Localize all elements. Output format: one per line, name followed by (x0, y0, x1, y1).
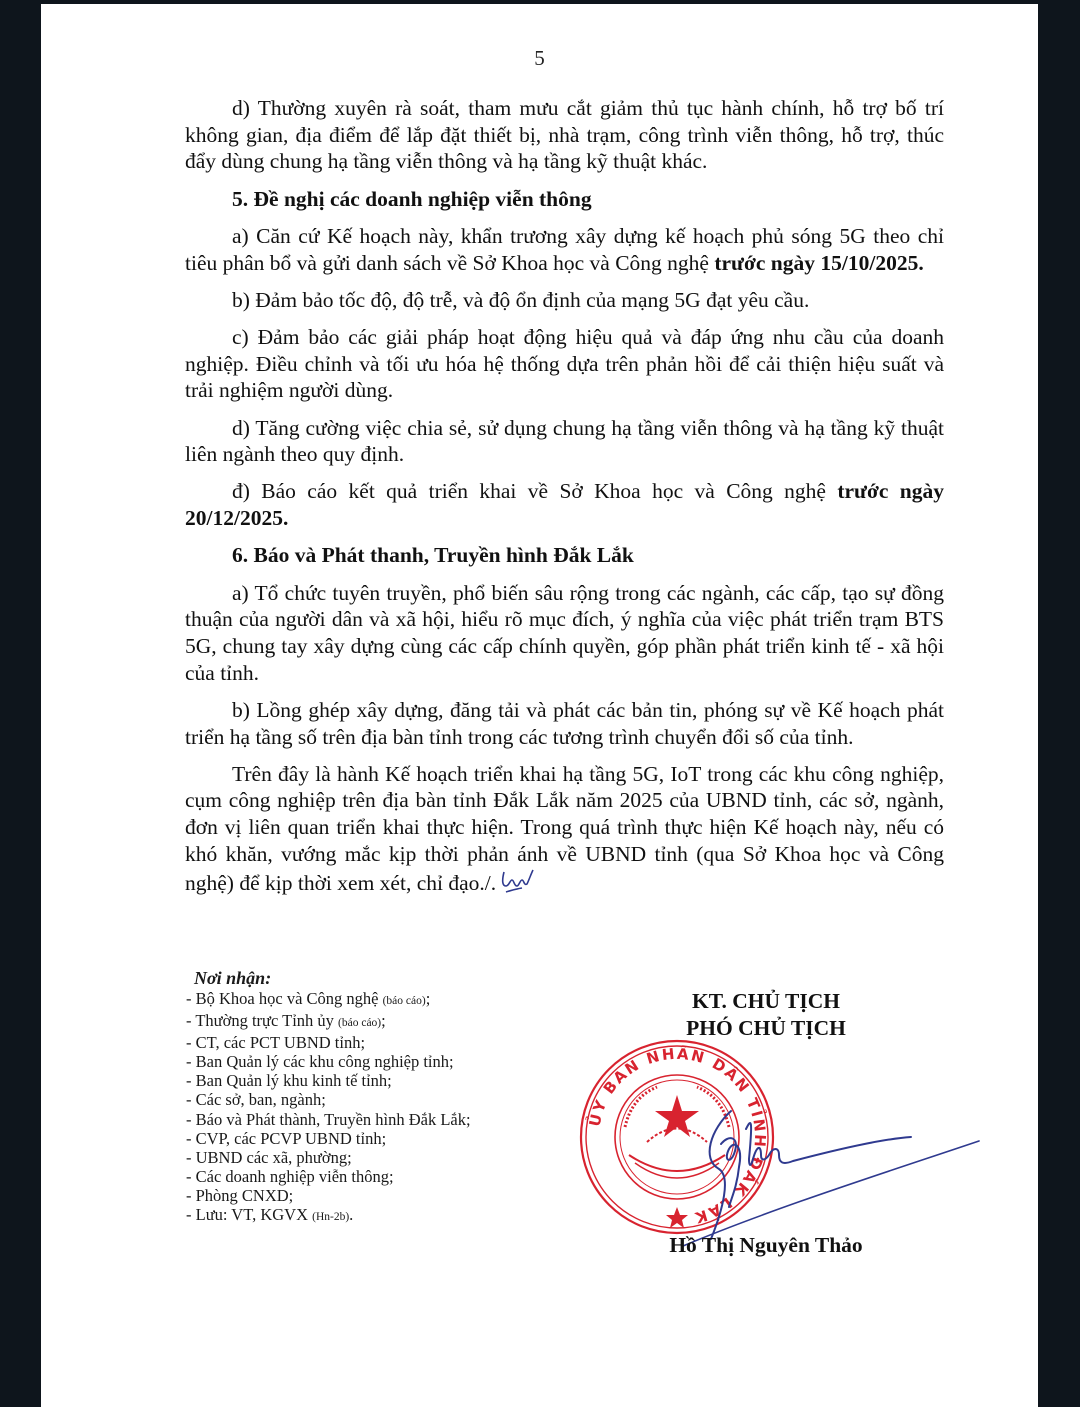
paragraph-text: 5. Đề nghị các doanh nghiệp viễn thông (232, 187, 592, 211)
paragraph: Trên đây là hành Kế hoạch triển khai hạ … (185, 761, 944, 897)
signer-name: Hồ Thị Nguyên Thảo (631, 1233, 901, 1258)
recipient-name: - Lưu: VT, KGVX (186, 1205, 312, 1224)
section-heading: 6. Báo và Phát thanh, Truyền hình Đắk Lắ… (185, 542, 944, 569)
recipient-item: - Ban Quản lý các khu công nghiệp tỉnh; (186, 1052, 566, 1071)
recipient-name: - Các doanh nghiệp viễn thông; (186, 1167, 394, 1186)
paragraph-text: Trên đây là hành Kế hoạch triển khai hạ … (185, 762, 944, 895)
paragraph-text: c) Đảm bảo các giải pháp hoạt động hiệu … (185, 325, 944, 402)
handwritten-signature-icon (661, 1089, 991, 1254)
paragraph: đ) Báo cáo kết quả triển khai về Sở Khoa… (185, 478, 944, 531)
recipient-name: - Ban Quản lý khu kinh tế tỉnh; (186, 1071, 392, 1090)
paragraph-text: d) Tăng cường việc chia sẻ, sử dụng chun… (185, 416, 944, 467)
paragraph-text: 6. Báo và Phát thanh, Truyền hình Đắk Lắ… (232, 543, 634, 567)
recipient-name: - Thường trực Tỉnh ủy (186, 1011, 338, 1030)
paragraph: a) Tổ chức tuyên truyền, phổ biến sâu rộ… (185, 580, 944, 687)
paragraph-text: đ) Báo cáo kết quả triển khai về Sở Khoa… (232, 479, 837, 503)
recipient-name: - UBND các xã, phường; (186, 1148, 352, 1167)
paragraph-text: d) Thường xuyên rà soát, tham mưu cắt gi… (185, 96, 944, 173)
paragraph: d) Thường xuyên rà soát, tham mưu cắt gi… (185, 95, 944, 175)
recipient-item: - CT, các PCT UBND tỉnh; (186, 1033, 566, 1052)
paragraph: b) Đảm bảo tốc độ, độ trễ, và độ ổn định… (185, 287, 944, 314)
paragraph: c) Đảm bảo các giải pháp hoạt động hiệu … (185, 324, 944, 404)
page-number: 5 (41, 46, 1038, 71)
recipient-punctuation: ; (426, 989, 431, 1008)
recipient-name: - Các sở, ban, ngành; (186, 1090, 326, 1109)
deadline-text: trước ngày 15/10/2025. (714, 251, 923, 275)
recipient-item: - CVP, các PCVP UBND tỉnh; (186, 1129, 566, 1148)
recipient-item: - Bộ Khoa học và Công nghệ (báo cáo); (186, 989, 566, 1011)
section-heading: 5. Đề nghị các doanh nghiệp viễn thông (185, 186, 944, 213)
initials-mark-icon (500, 868, 534, 894)
recipient-item: - Báo và Phát thành, Truyền hình Đắk Lắk… (186, 1110, 566, 1129)
recipients-list: Nơi nhận: - Bộ Khoa học và Công nghệ (bá… (186, 967, 566, 1227)
paragraph: a) Căn cứ Kế hoạch này, khẩn trương xây … (185, 223, 944, 276)
recipient-name: - CT, các PCT UBND tỉnh; (186, 1033, 365, 1052)
recipient-note: (báo cáo) (383, 995, 426, 1007)
recipient-punctuation: . (349, 1205, 353, 1224)
paragraph-text: b) Đảm bảo tốc độ, độ trễ, và độ ổn định… (232, 288, 809, 312)
recipient-item: - Phòng CNXD; (186, 1186, 566, 1205)
recipient-item: - Lưu: VT, KGVX (Hn-2b). (186, 1205, 566, 1227)
recipient-item: - Thường trực Tỉnh ủy (báo cáo); (186, 1011, 566, 1033)
paragraph: d) Tăng cường việc chia sẻ, sử dụng chun… (185, 415, 944, 468)
paragraph-text: a) Tổ chức tuyên truyền, phổ biến sâu rộ… (185, 581, 944, 685)
recipient-item: - Ban Quản lý khu kinh tế tỉnh; (186, 1071, 566, 1090)
document-page: 5 d) Thường xuyên rà soát, tham mưu cắt … (41, 4, 1038, 1407)
recipient-note: (Hn-2b) (312, 1211, 349, 1223)
paragraph-text: b) Lồng ghép xây dựng, đăng tải và phát … (185, 698, 944, 749)
recipients-title: Nơi nhận: (194, 967, 566, 989)
recipient-punctuation: ; (381, 1011, 386, 1030)
recipient-note: (báo cáo) (338, 1017, 381, 1029)
recipient-item: - UBND các xã, phường; (186, 1148, 566, 1167)
recipient-name: - Bộ Khoa học và Công nghệ (186, 989, 383, 1008)
paragraph: b) Lồng ghép xây dựng, đăng tải và phát … (185, 697, 944, 750)
signature-block: KT. CHỦ TỊCH PHÓ CHỦ TỊCH (631, 988, 901, 1042)
recipient-item: - Các sở, ban, ngành; (186, 1090, 566, 1109)
recipient-name: - Ban Quản lý các khu công nghiệp tỉnh; (186, 1052, 454, 1071)
document-body: d) Thường xuyên rà soát, tham mưu cắt gi… (185, 95, 944, 907)
signature-title-line1: KT. CHỦ TỊCH (631, 988, 901, 1015)
recipient-name: - Phòng CNXD; (186, 1186, 293, 1205)
recipient-name: - CVP, các PCVP UBND tỉnh; (186, 1129, 386, 1148)
recipient-item: - Các doanh nghiệp viễn thông; (186, 1167, 566, 1186)
recipient-name: - Báo và Phát thành, Truyền hình Đắk Lắk… (186, 1110, 471, 1129)
